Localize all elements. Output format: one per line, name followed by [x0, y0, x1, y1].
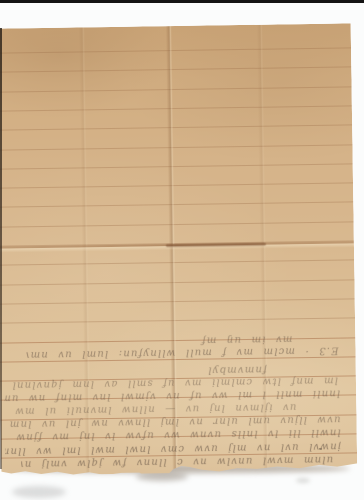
ruled-line — [0, 163, 353, 169]
scan-edge-strip — [0, 0, 364, 3]
ruled-line — [0, 47, 351, 53]
ruled-line — [0, 105, 352, 111]
ruled-line — [0, 182, 353, 188]
ruled-line — [0, 144, 352, 150]
ruled-line — [0, 125, 352, 131]
letter-paper: mv im uŋ mf nvE.3 · mclm mv f mull wllny… — [0, 23, 357, 475]
ruled-line — [0, 202, 353, 208]
scanner-smudge — [12, 486, 66, 498]
ruled-line — [0, 221, 354, 227]
ruled-line — [0, 279, 354, 285]
ruled-line — [0, 86, 352, 92]
ruled-line — [0, 337, 355, 343]
scanned-letter-image: mv im uŋ mf nvE.3 · mclm mv f mull wllny… — [0, 0, 364, 500]
scanner-speck — [296, 478, 310, 483]
ruled-line — [0, 67, 351, 73]
ruled-line — [0, 318, 355, 324]
ruled-line — [0, 298, 355, 304]
scan-left-edge-shadow — [0, 28, 2, 469]
ruled-line — [0, 260, 354, 266]
